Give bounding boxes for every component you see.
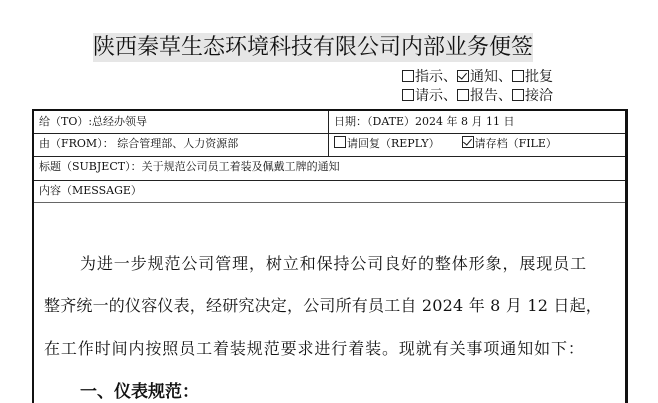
- body-line-2: 整齐统一的仪容仪表，经研究决定，公司所有员工自 2024 年 8 月 12 日起…: [44, 293, 602, 316]
- memo-row-subject: 标题（SUBJECT）：关于规范公司员工着装及佩戴工牌的通知: [34, 156, 625, 181]
- memo-date: 日期：（DATE）2024 年 8 月 11 日: [329, 111, 625, 133]
- memo-row-to-date: 给（TO）:总经办领导 日期：（DATE）2024 年 8 月 11 日: [34, 111, 625, 134]
- category-notice[interactable]: 通知、: [457, 69, 512, 85]
- body-line-3: 在工作时间内按照员工着装规范要求进行着装。现就有关事项通知如下：: [44, 336, 585, 359]
- category-liaison[interactable]: 接洽: [512, 88, 553, 104]
- category-checklist: 指示、通知、批复 请示、报告、接洽: [402, 68, 553, 106]
- memo-table: 给（TO）:总经办领导 日期：（DATE）2024 年 8 月 11 日 由（F…: [32, 109, 628, 403]
- checkbox-checked-icon[interactable]: [457, 70, 469, 82]
- category-request[interactable]: 请示、: [402, 88, 457, 104]
- body-line-1: 为进一步规范公司管理，树立和保持公司良好的整体形象，展现员工: [80, 251, 587, 274]
- checkbox-icon[interactable]: [512, 70, 524, 82]
- reply-option[interactable]: 请回复（REPLY）: [334, 137, 440, 150]
- category-instruction[interactable]: 指示、: [402, 69, 457, 85]
- memo-from: 由（FROM）： 综合管理部、人力资源部: [34, 133, 329, 156]
- section-heading: 一、仪表规范：: [80, 377, 199, 402]
- category-approval[interactable]: 批复: [512, 69, 553, 85]
- category-row-2: 请示、报告、接洽: [402, 87, 553, 106]
- checkbox-icon[interactable]: [402, 70, 414, 82]
- memo-row-message-label: 内容（MESSAGE）: [34, 180, 625, 203]
- memo-options: 请回复（REPLY）请存档（FILE）: [329, 133, 625, 156]
- checkbox-icon[interactable]: [402, 89, 414, 101]
- checkbox-icon[interactable]: [457, 89, 469, 101]
- file-option[interactable]: 请存档（FILE）: [462, 137, 557, 150]
- checkbox-checked-icon[interactable]: [462, 136, 474, 148]
- checkbox-icon[interactable]: [334, 136, 346, 148]
- category-report[interactable]: 报告、: [457, 88, 512, 104]
- memo-subject: 标题（SUBJECT）：关于规范公司员工着装及佩戴工牌的通知: [34, 156, 625, 180]
- category-row-1: 指示、通知、批复: [402, 68, 553, 87]
- checkbox-icon[interactable]: [512, 89, 524, 101]
- memo-message-label: 内容（MESSAGE）: [34, 180, 625, 202]
- memo-to: 给（TO）:总经办领导: [34, 111, 329, 133]
- document-title: 陕西秦草生态环境科技有限公司内部业务便签: [93, 33, 533, 62]
- memo-row-from-options: 由（FROM）： 综合管理部、人力资源部 请回复（REPLY）请存档（FILE）: [34, 133, 625, 157]
